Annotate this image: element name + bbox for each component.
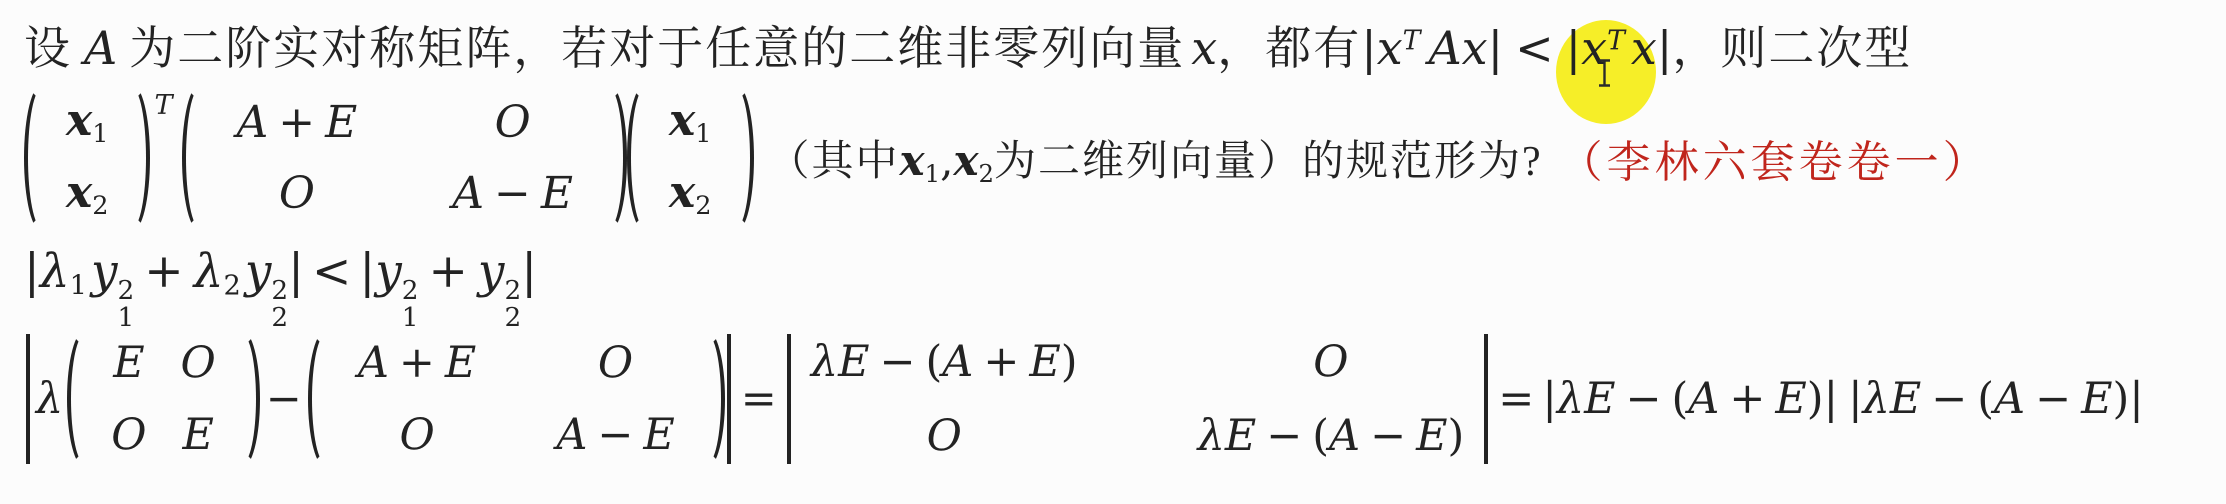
equals-sign: = <box>1498 374 1534 424</box>
less-than-sign: < <box>1515 21 1554 75</box>
abs-bar <box>727 334 731 464</box>
var-y: y <box>478 244 505 299</box>
vector-entry: x1 <box>66 95 108 149</box>
matrix-cell: O <box>181 338 216 388</box>
abs-factor: |λE−(A+E)| <box>1542 374 1838 424</box>
abs-factor: |λE−(A−E)| <box>1848 374 2144 424</box>
var-lambda: λ <box>194 244 224 299</box>
block-matrix: A+E O O A−E <box>182 84 627 232</box>
cn-text: ，则二次型 <box>1672 23 1912 74</box>
abs-bar: | <box>1488 21 1504 75</box>
paren-left <box>67 330 103 468</box>
matrix-cell: O <box>399 410 434 460</box>
source-annotation: （李林六套卷卷一） <box>1559 126 1991 190</box>
matrix-cell: λE−(A+E) <box>811 337 1078 387</box>
matrix-cell: O <box>495 97 531 148</box>
less-than-sign: < <box>312 244 351 299</box>
subscript: 2 <box>978 159 994 188</box>
matrix-cell: E <box>182 410 213 460</box>
sub-sup-stack: 22 <box>271 278 288 332</box>
abs-bar: | <box>1657 21 1673 75</box>
matrix-cell: O <box>1313 337 1348 387</box>
transpose-T: T <box>154 90 172 121</box>
block-matrix: A+E O O A−E <box>308 330 725 468</box>
var-x: x <box>1631 21 1657 75</box>
subscript: 1 <box>695 119 711 149</box>
var-lambda: λ <box>40 244 70 299</box>
subscript: 2 <box>223 271 240 302</box>
abs-bar: | <box>288 244 304 299</box>
var-y: y <box>375 244 402 299</box>
cn-text: 为二阶实对称矩阵，若对于任意的二维非零列向量 <box>129 23 1185 74</box>
inequality-line3: |λ1y21+λ2y22|<|y21+y22| <box>24 244 537 332</box>
comma: , <box>940 136 953 185</box>
matrix-cell: O <box>598 338 633 388</box>
cn-note: （其中x1,x2为二维列向量）的规范形为? <box>768 128 1543 188</box>
determinant-bar <box>787 334 791 464</box>
paren-left <box>627 84 663 232</box>
vector-entry: x2 <box>669 167 711 221</box>
quadratic-form-line2: x1 x2 T A+E O O A−E x1 x2 （其中x1,x2为二维列向量… <box>24 84 1991 232</box>
matrix-cell: A−E <box>556 410 674 460</box>
abs-bar: | <box>521 244 537 299</box>
matrix-cell: A−E <box>452 168 573 219</box>
var-A: A <box>1428 21 1461 75</box>
paren-right <box>114 84 150 232</box>
paren-left <box>182 84 218 232</box>
abs-bar: | <box>1361 21 1377 75</box>
cn-text: ，都有 <box>1217 23 1361 74</box>
determinant-line4: λ E O O E − A+E O O A−E = λE−(A+E) O O λ… <box>24 330 2144 468</box>
var-x: x <box>1191 21 1217 75</box>
var-A: A <box>84 21 117 75</box>
subscript: 2 <box>695 191 711 221</box>
abs-bar: | <box>359 244 375 299</box>
problem-statement-line1: 设A为二阶实对称矩阵，若对于任意的二维非零列向量x，都有|xTAx|<|xTx|… <box>24 12 1912 78</box>
matrix-cell: E <box>113 338 144 388</box>
var-y: y <box>245 244 272 299</box>
var-lambda: λ <box>36 374 63 424</box>
abs-bar: | <box>24 244 40 299</box>
column-vector-x: x1 x2 <box>627 84 753 232</box>
matrix-cell: A+E <box>236 97 357 148</box>
subscript: 1 <box>925 159 941 188</box>
paren-left <box>308 330 344 468</box>
abs-bar: | <box>1566 21 1582 75</box>
matrix-cell: O <box>279 168 315 219</box>
paren-left <box>24 84 60 232</box>
paren-right <box>718 84 754 232</box>
paren-right <box>224 330 260 468</box>
matrix-cell: O <box>111 410 146 460</box>
subscript: 1 <box>92 119 108 149</box>
sub-sup-stack: 21 <box>402 278 419 332</box>
superscript-T: T <box>1403 25 1421 56</box>
cn-text: 设 <box>24 23 72 74</box>
var-x: x <box>1377 21 1403 75</box>
subscript: 1 <box>70 271 87 302</box>
minus-sign: − <box>266 374 302 424</box>
matrix-cell: λE−(A−E) <box>1198 411 1465 461</box>
superscript-T: T <box>1607 25 1625 56</box>
column-vector-x: x1 x2 <box>24 84 150 232</box>
vector-entry: x2 <box>66 167 108 221</box>
sub-sup-stack: 21 <box>118 278 135 332</box>
subscript: 2 <box>92 191 108 221</box>
determinant-matrix: λE−(A+E) O O λE−(A−E) <box>793 337 1482 461</box>
determinant-bar <box>1484 334 1488 464</box>
identity-block-matrix: E O O E <box>67 330 260 468</box>
var-y: y <box>91 244 118 299</box>
matrix-cell: O <box>927 411 962 461</box>
equals-sign: = <box>741 374 777 424</box>
plus-sign: + <box>429 244 468 299</box>
abs-bar <box>26 334 30 464</box>
text-cursor-icon <box>1596 58 1613 92</box>
page: { "colors": { "ink": "#232323", "red": "… <box>0 0 2226 504</box>
vector-entry: x1 <box>669 95 711 149</box>
matrix-cell: A+E <box>358 338 476 388</box>
paren-right <box>689 330 725 468</box>
plus-sign: + <box>144 244 183 299</box>
paren-right <box>591 84 627 232</box>
var-x: x <box>1462 21 1488 75</box>
sub-sup-stack: 22 <box>504 278 521 332</box>
